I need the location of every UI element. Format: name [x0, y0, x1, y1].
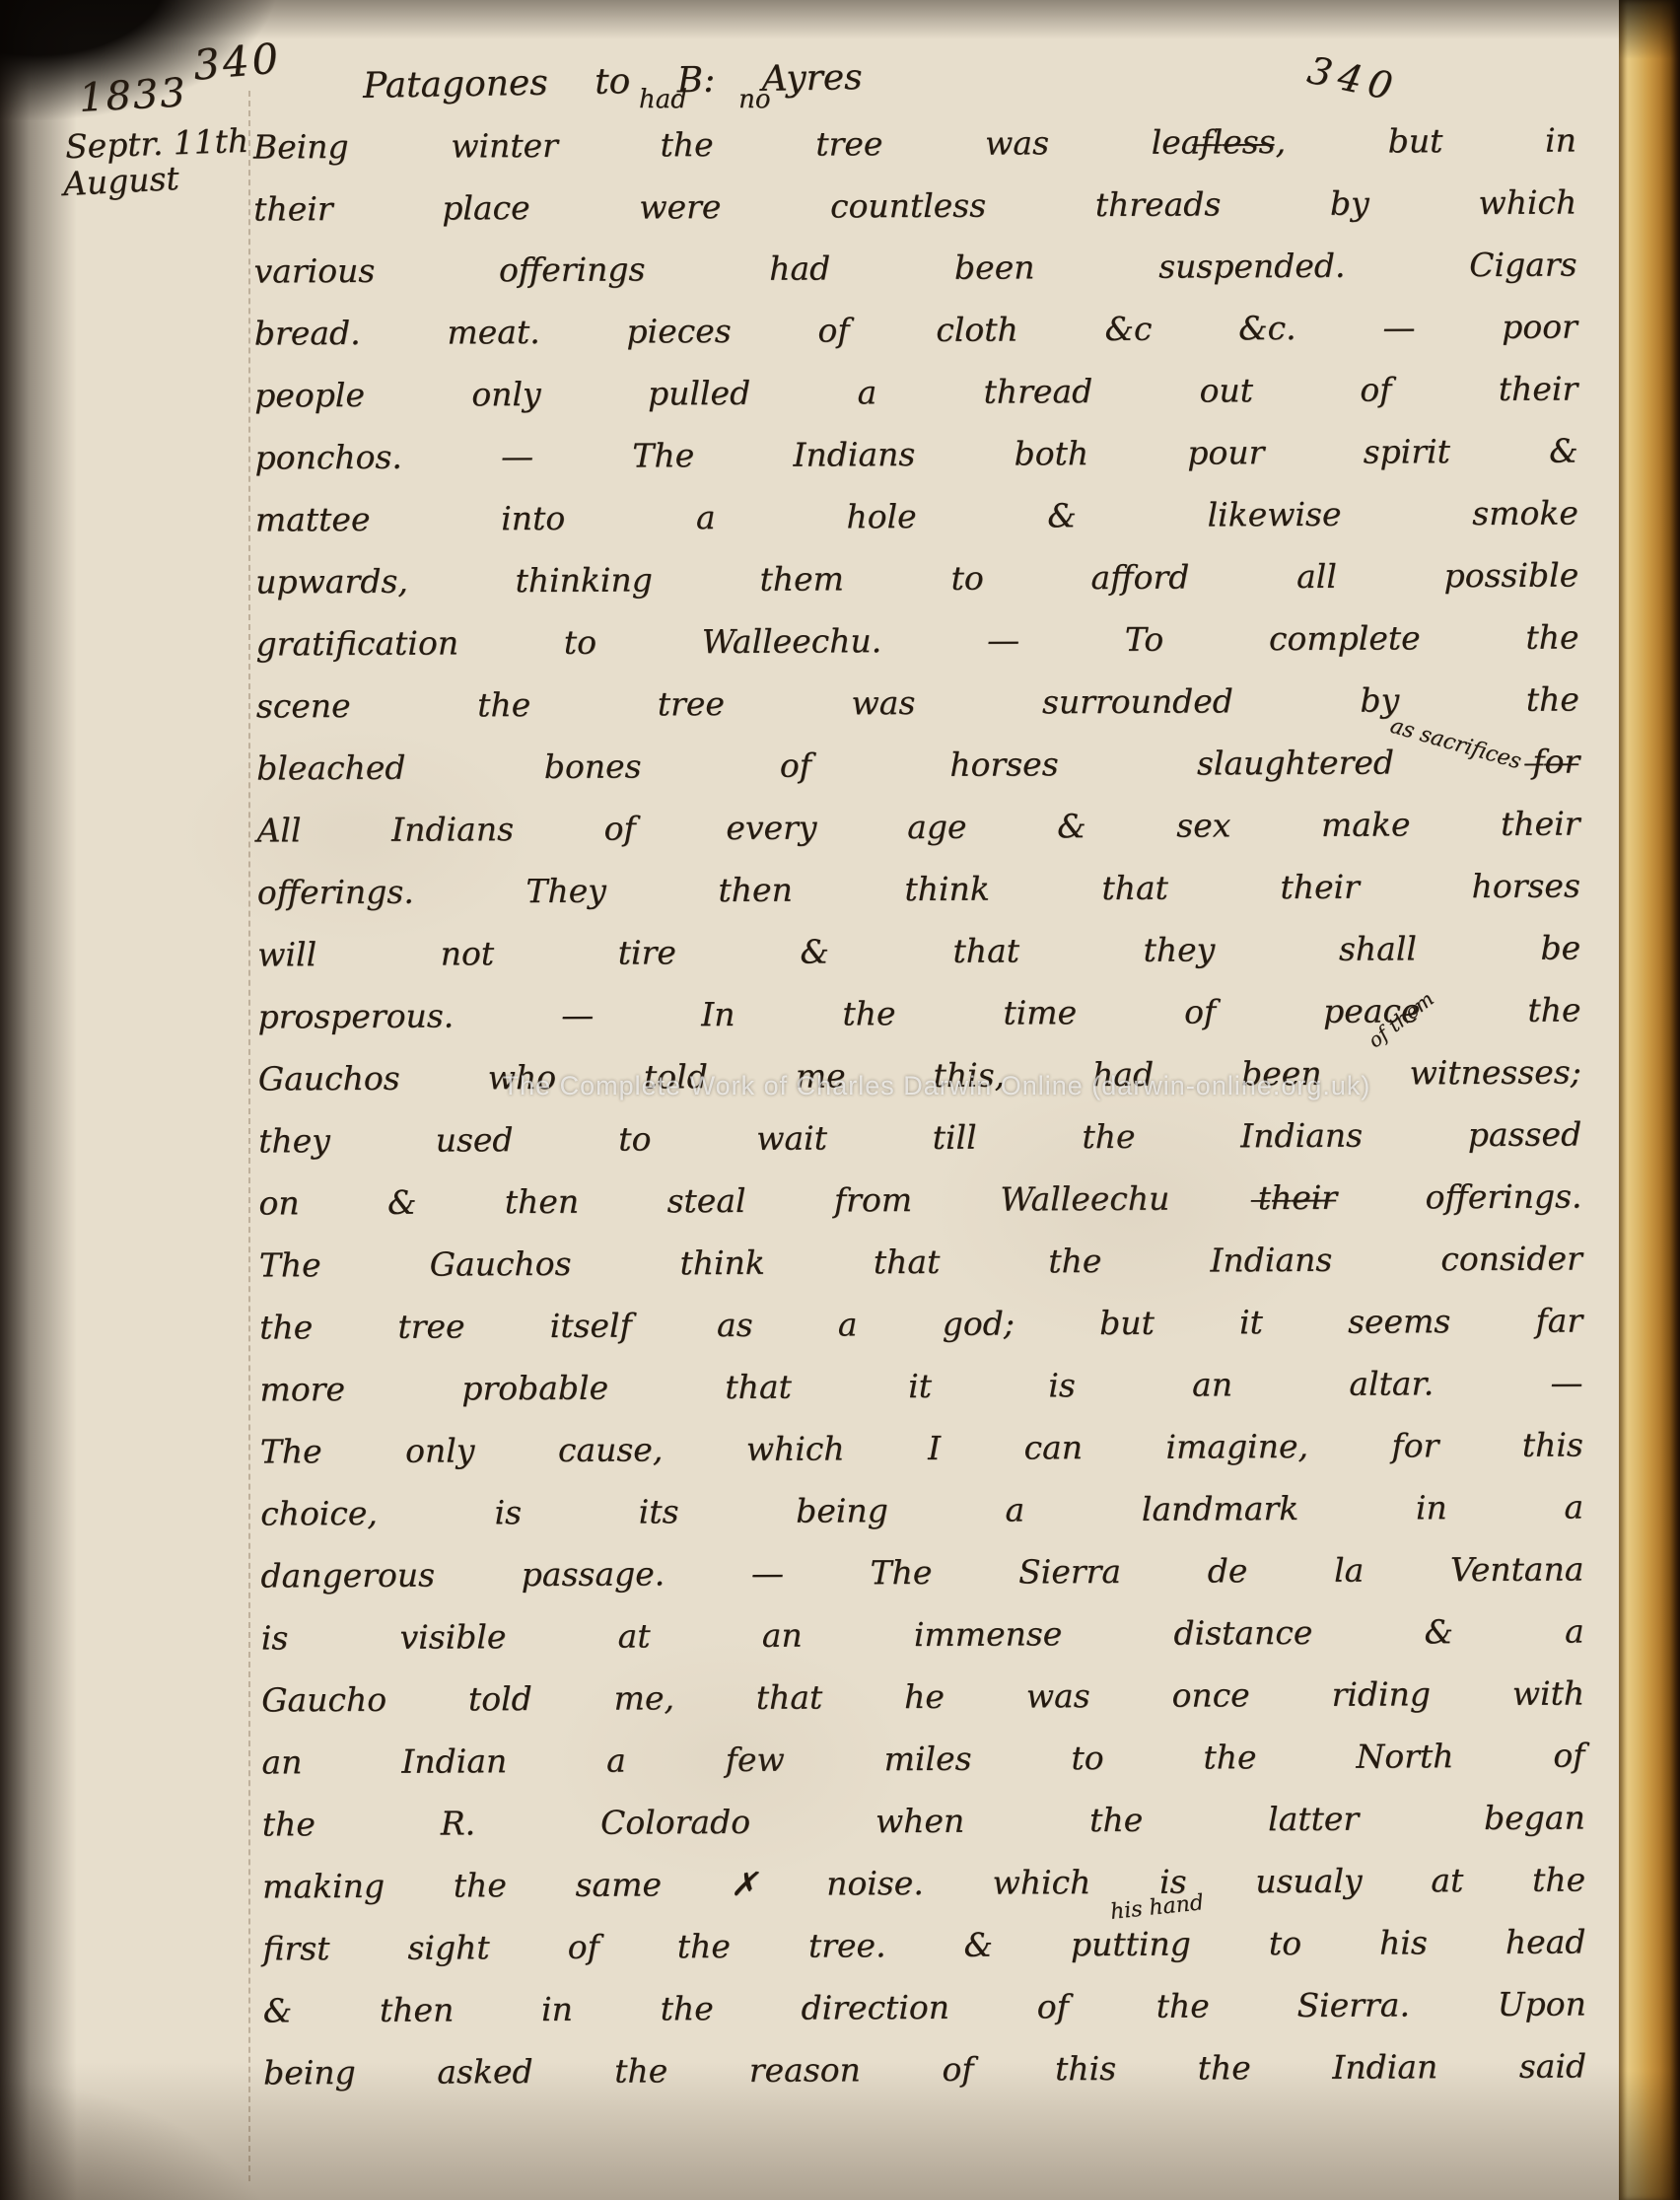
repository-watermark: The Complete Work of Charles Darwin Onli…	[414, 1071, 1459, 1101]
interlinear-insertion-had-no: had no	[639, 85, 771, 114]
book-fore-edge-pages	[1619, 0, 1680, 2200]
manuscript-line: will not tire & that they shall be	[257, 918, 1580, 987]
margin-year: 1833	[78, 70, 188, 121]
folio-number-right: 340	[1303, 48, 1403, 109]
margin-date-august: August	[62, 159, 180, 203]
manuscript-line: choice, is its being a landmark in a	[260, 1477, 1583, 1546]
manuscript-line: dangerous passage. — The Sierra de la Ve…	[260, 1539, 1583, 1608]
manuscript-line: various offerings had been suspended. Ci…	[253, 235, 1576, 304]
manuscript-line: & then in the direction of the Sierra. U…	[263, 1974, 1586, 2043]
manuscript-line: the R. Colorado when the latter began	[262, 1788, 1585, 1857]
book-photograph: 340 Patagones to B: Ayres 340 1833 Septr…	[0, 0, 1680, 2200]
manuscript-line: first sight of the tree. & putting to hi…	[262, 1912, 1585, 1981]
manuscript-line: The Gauchos think that the Indians consi…	[259, 1229, 1582, 1298]
manuscript-text-block: Being winter the tree was leaf̶l̶e̶s̶s̶,…	[253, 111, 1587, 2106]
folio-number-left: 340	[191, 34, 283, 90]
manuscript-line: they used to wait till the Indians passe…	[258, 1104, 1581, 1173]
manuscript-line: Being winter the tree was leaf̶l̶e̶s̶s̶,…	[253, 111, 1576, 180]
manuscript-line: is visible at an immense distance & a	[261, 1601, 1584, 1670]
manuscript-line: people only pulled a thread out of their	[254, 359, 1577, 428]
manuscript-line: scene the tree was surrounded by the	[256, 670, 1579, 739]
manuscript-line: offerings. They then think that their ho…	[257, 856, 1580, 925]
manuscript-line: gratification to Walleechu. — To complet…	[255, 607, 1578, 676]
manuscript-line: bread. meat. pieces of cloth &c &c. — po…	[254, 297, 1577, 366]
manuscript-line: bleached bones of horses slaughtered f̶o…	[256, 732, 1579, 801]
manuscript-line: All Indians of every age & sex make thei…	[256, 794, 1579, 863]
margin-rule-line	[248, 91, 250, 2181]
manuscript-line: being asked the reason of this the India…	[263, 2036, 1586, 2105]
manuscript-line: upwards, thinking them to afford all pos…	[255, 545, 1578, 614]
manuscript-line: on & then steal from Walleechu t̶h̶e̶i̶r…	[258, 1167, 1581, 1236]
manuscript-line: Gaucho told me, that he was once riding …	[261, 1664, 1584, 1733]
manuscript-line: ponchos. — The Indians both pour spirit …	[254, 421, 1577, 490]
manuscript-line: mattee into a hole & likewise smoke	[255, 483, 1578, 552]
manuscript-line: The only cause, which I can imagine, for…	[260, 1415, 1583, 1484]
manuscript-line: their place were countless threads by wh…	[253, 173, 1576, 242]
manuscript-line: an Indian a few miles to the North of	[261, 1726, 1584, 1795]
manuscript-line: making the same ✗ noise. which is usualy…	[262, 1850, 1585, 1919]
manuscript-page: 340 Patagones to B: Ayres 340 1833 Septr…	[0, 0, 1619, 2200]
manuscript-line: more probable that it is an altar. —	[259, 1353, 1582, 1422]
manuscript-line: the tree itself as a god; but it seems f…	[259, 1291, 1582, 1360]
